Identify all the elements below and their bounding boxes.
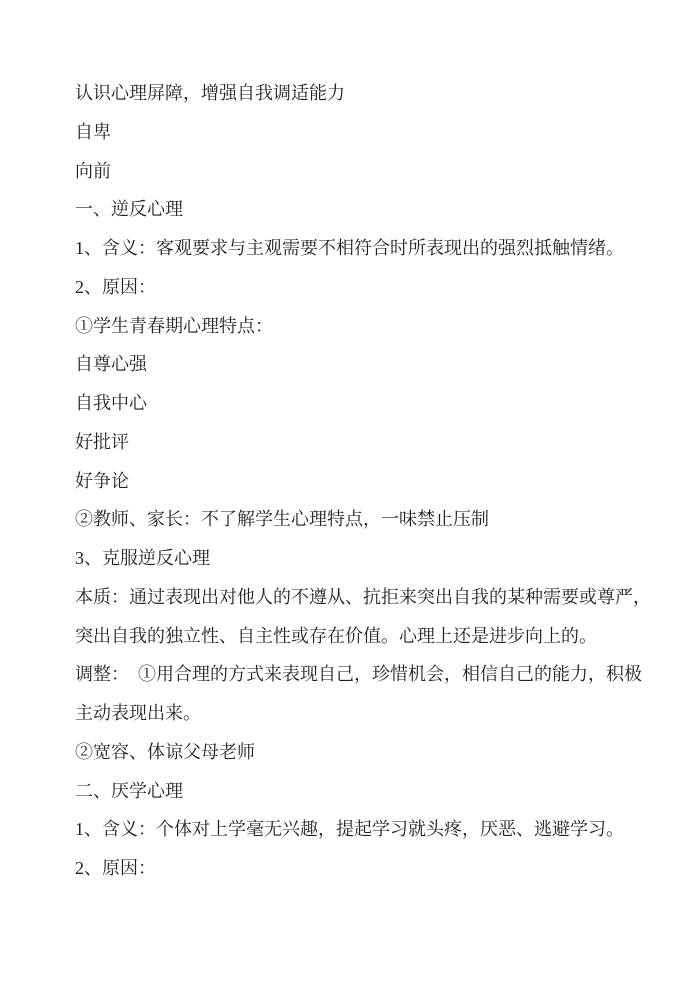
paragraph-body: 2、原因： [75,268,655,307]
paragraph-heading: 二、厌学心理 [75,772,655,811]
paragraph-body: ①学生青春期心理特点： [75,307,655,346]
paragraph-body: 2、原因： [75,849,655,888]
text-line: ②教师、家长：不了解学生心理特点，一味禁止压制 [75,500,655,539]
text-line: 向前 [75,152,655,191]
text-line: 本质：通过表现出对他人的不遵从、抗拒来突出自我的某种需要或尊严， [75,578,655,617]
paragraph-body: 自尊心强 [75,345,655,384]
text-line: 调整： ①用合理的方式来表现自己，珍惜机会，相信自己的能力，积极 [75,655,655,694]
text-line: 自卑 [75,113,655,152]
paragraph-body: 好争论 [75,462,655,501]
document-body: 认识心理屏障，增强自我调适能力自卑向前一、逆反心理1、含义：客观要求与主观需要不… [75,74,655,888]
paragraph-body: 本质：通过表现出对他人的不遵从、抗拒来突出自我的某种需要或尊严，突出自我的独立性… [75,578,655,656]
text-line: 2、原因： [75,268,655,307]
paragraph-body: 向前 [75,152,655,191]
paragraph-title: 认识心理屏障，增强自我调适能力 [75,74,655,113]
paragraph-body: ②教师、家长：不了解学生心理特点，一味禁止压制 [75,500,655,539]
paragraph-body: 3、克服逆反心理 [75,539,655,578]
paragraph-body: 好批评 [75,423,655,462]
text-line: 二、厌学心理 [75,772,655,811]
text-line: 好争论 [75,462,655,501]
text-line: 好批评 [75,423,655,462]
text-line: 一、逆反心理 [75,190,655,229]
text-line: 主动表现出来。 [75,694,655,733]
paragraph-body: 自我中心 [75,384,655,423]
paragraph-body: 1、含义：客观要求与主观需要不相符合时所表现出的强烈抵触情绪。 [75,229,655,268]
text-line: ①学生青春期心理特点： [75,307,655,346]
text-line: 自我中心 [75,384,655,423]
text-line: 认识心理屏障，增强自我调适能力 [75,74,655,113]
paragraph-heading: 一、逆反心理 [75,190,655,229]
text-line: 1、含义：个体对上学毫无兴趣，提起学习就头疼，厌恶、逃避学习。 [75,810,655,849]
document-page: 认识心理屏障，增强自我调适能力自卑向前一、逆反心理1、含义：客观要求与主观需要不… [0,0,695,982]
paragraph-body: 1、含义：个体对上学毫无兴趣，提起学习就头疼，厌恶、逃避学习。 [75,810,655,849]
paragraph-body: ②宽容、体谅父母老师 [75,733,655,772]
paragraph-body: 调整： ①用合理的方式来表现自己，珍惜机会，相信自己的能力，积极主动表现出来。 [75,655,655,733]
text-line: 2、原因： [75,849,655,888]
text-line: 1、含义：客观要求与主观需要不相符合时所表现出的强烈抵触情绪。 [75,229,655,268]
text-line: 3、克服逆反心理 [75,539,655,578]
text-line: 自尊心强 [75,345,655,384]
text-line: 突出自我的独立性、自主性或存在价值。心理上还是进步向上的。 [75,617,655,656]
text-line: ②宽容、体谅父母老师 [75,733,655,772]
paragraph-body: 自卑 [75,113,655,152]
